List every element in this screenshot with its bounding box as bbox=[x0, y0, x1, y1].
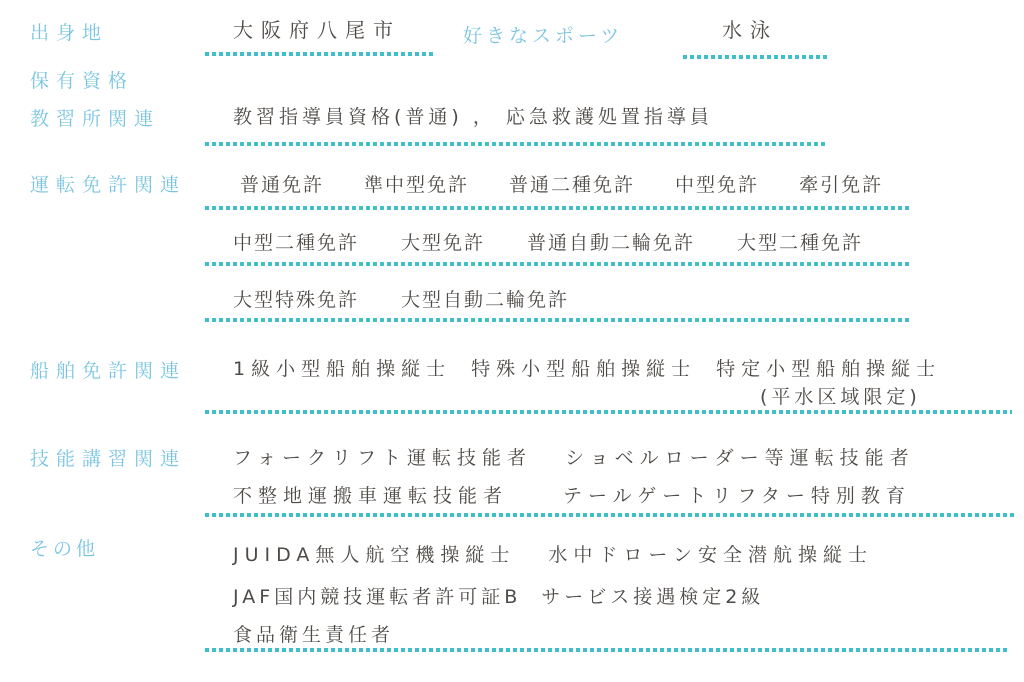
driving-school-label: 教習所関連 bbox=[30, 108, 160, 131]
skill-training-row-1: フォークリフト運転技能者 ショベルローダー等運転技能者 bbox=[233, 447, 915, 470]
others-label: その他 bbox=[30, 538, 99, 561]
boat-license-item: 1級小型船舶操縦士 bbox=[233, 358, 451, 381]
boat-license-label: 船舶免許関連 bbox=[30, 360, 186, 383]
others-item: JUIDA無人航空機操縦士 bbox=[233, 544, 515, 567]
others-row-2: JAF国内競技運転者許可証B サービス接遇検定2級 bbox=[233, 586, 764, 609]
birthplace-value: 大阪府八尾市 bbox=[233, 18, 401, 42]
others-item: サービス接遇検定2級 bbox=[541, 586, 764, 609]
favorite-sport-value: 水泳 bbox=[722, 18, 778, 42]
license-item: 普通二種免許 bbox=[509, 174, 635, 197]
skill-training-item: ショベルローダー等運転技能者 bbox=[565, 447, 915, 470]
license-item: 大型特殊免許 bbox=[233, 289, 359, 312]
driving-license-row-1: 普通免許 準中型免許 普通二種免許 中型免許 牽引免許 bbox=[240, 174, 883, 197]
skill-training-row-2: 不整地運搬車運転技能者 テールゲートリフター特別教育 bbox=[233, 485, 911, 508]
driving-school-value: 教習指導員資格(普通) ， 応急救護処置指導員 bbox=[233, 106, 713, 129]
others-row-3: 食品衛生責任者 bbox=[233, 624, 394, 647]
dotted-underline-license-2 bbox=[205, 262, 910, 266]
skill-training-item: テールゲートリフター特別教育 bbox=[563, 485, 911, 508]
dotted-underline-driving-school bbox=[205, 142, 827, 146]
birthplace-label: 出身地 bbox=[30, 22, 108, 45]
dotted-underline-sport bbox=[683, 55, 830, 59]
others-item: JAF国内競技運転者許可証B bbox=[233, 586, 521, 609]
dotted-underline-birthplace bbox=[205, 52, 433, 56]
driving-license-row-3: 大型特殊免許 大型自動二輪免許 bbox=[233, 289, 569, 312]
license-item: 大型二種免許 bbox=[737, 232, 863, 255]
license-item: 中型二種免許 bbox=[233, 232, 359, 255]
skill-training-item: 不整地運搬車運転技能者 bbox=[233, 485, 508, 508]
qualifications-heading: 保有資格 bbox=[30, 70, 134, 93]
license-item: 牽引免許 bbox=[799, 174, 883, 197]
dotted-underline-others bbox=[205, 648, 1008, 652]
boat-license-item: 特定小型船舶操縦士 bbox=[716, 358, 941, 381]
boat-license-note: (平水区域限定) bbox=[760, 386, 921, 409]
driving-license-row-2: 中型二種免許 大型免許 普通自動二輪免許 大型二種免許 bbox=[233, 232, 863, 255]
license-item: 普通自動二輪免許 bbox=[527, 232, 695, 255]
skill-training-label: 技能講習関連 bbox=[30, 448, 186, 471]
boat-license-item: 特殊小型船舶操縦士 bbox=[471, 358, 696, 381]
others-item: 水中ドローン安全潜航操縦士 bbox=[548, 544, 873, 567]
others-item: 食品衛生責任者 bbox=[233, 624, 394, 647]
dotted-underline-skill bbox=[205, 513, 1015, 517]
driving-license-label: 運転免許関連 bbox=[30, 174, 186, 197]
dotted-underline-license-3 bbox=[205, 318, 910, 322]
skill-training-item: フォークリフト運転技能者 bbox=[233, 447, 532, 470]
license-item: 普通免許 bbox=[240, 174, 324, 197]
license-item: 準中型免許 bbox=[364, 174, 469, 197]
profile-qualifications-page: 出身地 大阪府八尾市 好きなスポーツ 水泳 保有資格 教習所関連 教習指導員資格… bbox=[0, 0, 1024, 682]
others-row-1: JUIDA無人航空機操縦士 水中ドローン安全潜航操縦士 bbox=[233, 544, 873, 567]
license-item: 大型免許 bbox=[401, 232, 485, 255]
license-item: 大型自動二輪免許 bbox=[401, 289, 569, 312]
favorite-sport-label: 好きなスポーツ bbox=[463, 25, 623, 48]
dotted-underline-boat bbox=[205, 410, 1012, 414]
boat-license-row: 1級小型船舶操縦士 特殊小型船舶操縦士 特定小型船舶操縦士 bbox=[233, 358, 941, 381]
license-item: 中型免許 bbox=[675, 174, 759, 197]
dotted-underline-license-1 bbox=[205, 206, 910, 210]
